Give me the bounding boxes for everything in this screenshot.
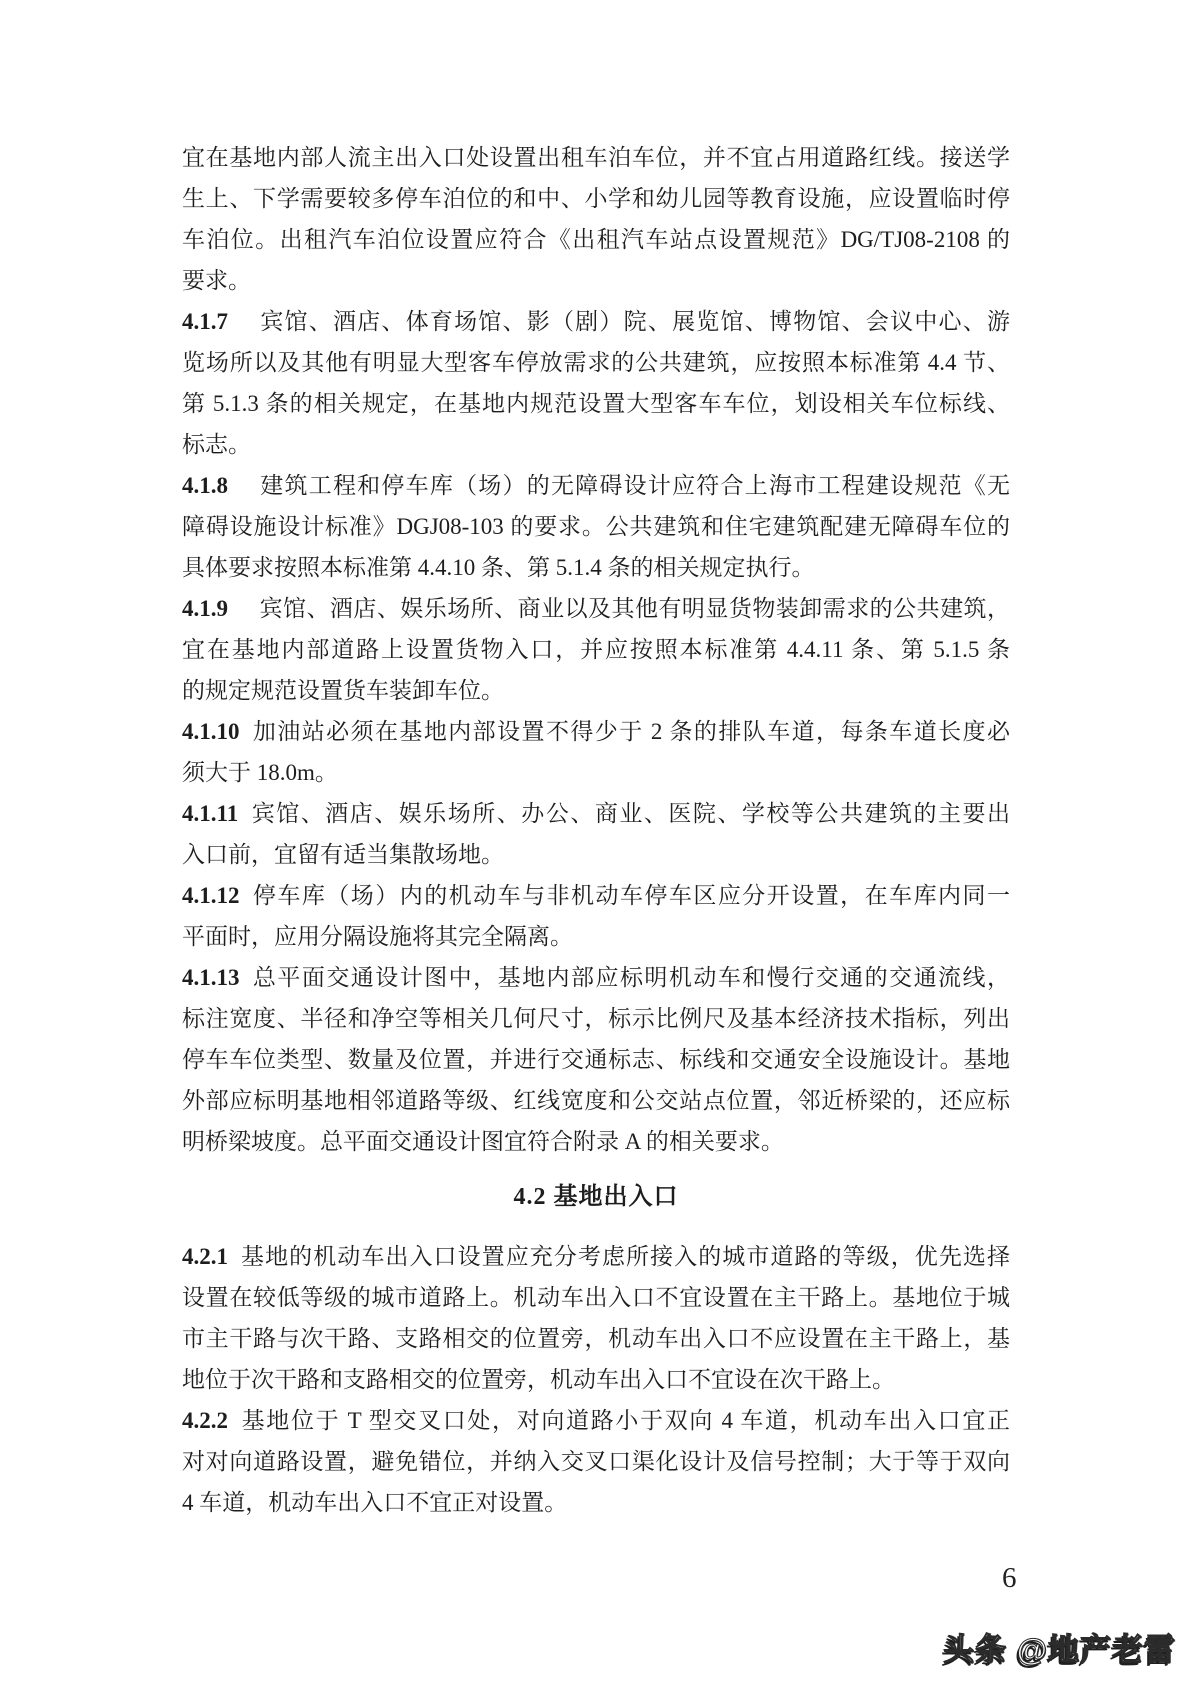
clause-4.1.13: 4.1.13总平面交通设计图中，基地内部应标明机动车和慢行交通的交通流线，标注宽… [182,957,1010,1162]
text-line: 设置在较低等级的城市道路上。机动车出入口不宜设置在主干路上。基地位于城 [182,1277,1010,1318]
clause-number: 4.1.12 [182,883,240,908]
clause-number: 4.1.7 [182,309,228,334]
document-body: 宜在基地内部人流主出入口处设置出租车泊车位，并不宜占用道路红线。接送学生上、下学… [182,137,1010,1523]
clause-4.2.2: 4.2.2基地位于 T 型交叉口处，对向道路小于双向 4 车道，机动车出入口宜正… [182,1400,1010,1523]
clause-number: 4.2.1 [182,1244,228,1269]
text-line: 4 车道，机动车出入口不宜正对设置。 [182,1482,1010,1523]
text-line: 要求。 [182,260,1010,301]
text-line: 平面时，应用分隔设施将其完全隔离。 [182,916,1010,957]
clause-4.2.1: 4.2.1基地的机动车出入口设置应充分考虑所接入的城市道路的等级，优先选择设置在… [182,1236,1010,1400]
text-line: 市主干路与次干路、支路相交的位置旁，机动车出入口不应设置在主干路上，基 [182,1318,1010,1359]
page-number: 6 [1002,1562,1017,1595]
text-line: 4.1.8建筑工程和停车库（场）的无障碍设计应符合上海市工程建设规范《无 [182,465,1010,506]
text-line: 地位于次干路和支路相交的位置旁，机动车出入口不宜设在次干路上。 [182,1359,1010,1400]
text-line: 4.1.10加油站必须在基地内部设置不得少于 2 条的排队车道，每条车道长度必 [182,711,1010,752]
clause-number: 4.1.10 [182,719,240,744]
clause-4.1.7: 4.1.7宾馆、酒店、体育场馆、影（剧）院、展览馆、博物馆、会议中心、游览场所以… [182,301,1010,465]
document-page: 宜在基地内部人流主出入口处设置出租车泊车位，并不宜占用道路红线。接送学生上、下学… [0,0,1200,1697]
text-line: 入口前，宜留有适当集散场地。 [182,834,1010,875]
text-line: 4.1.13总平面交通设计图中，基地内部应标明机动车和慢行交通的交通流线， [182,957,1010,998]
text-line: 具体要求按照本标准第 4.4.10 条、第 5.1.4 条的相关规定执行。 [182,547,1010,588]
text-line: 对对向道路设置，避免错位，并纳入交叉口渠化设计及信号控制；大于等于双向 [182,1441,1010,1482]
section-heading: 4.2 基地出入口 [182,1177,1010,1218]
text-line: 障碍设施设计标准》DGJ08-103 的要求。公共建筑和住宅建筑配建无障碍车位的 [182,506,1010,547]
clause-number: 4.1.13 [182,965,240,990]
text-line: 第 5.1.3 条的相关规定，在基地内规范设置大型客车车位，划设相关车位标线、 [182,383,1010,424]
text-line: 4.1.11宾馆、酒店、娱乐场所、办公、商业、医院、学校等公共建筑的主要出 [182,793,1010,834]
text-line: 的规定规范设置货车装卸车位。 [182,670,1010,711]
paragraph-continuation: 宜在基地内部人流主出入口处设置出租车泊车位，并不宜占用道路红线。接送学生上、下学… [182,137,1010,301]
clause-4.1.10: 4.1.10加油站必须在基地内部设置不得少于 2 条的排队车道，每条车道长度必须… [182,711,1010,793]
text-line: 宜在基地内部人流主出入口处设置出租车泊车位，并不宜占用道路红线。接送学 [182,137,1010,178]
text-line: 标注宽度、半径和净空等相关几何尺寸，标示比例尺及基本经济技术指标，列出 [182,998,1010,1039]
text-line: 外部应标明基地相邻道路等级、红线宽度和公交站点位置，邻近桥梁的，还应标 [182,1080,1010,1121]
clause-number: 4.2.2 [182,1408,228,1433]
clause-number: 4.1.8 [182,473,228,498]
text-line: 览场所以及其他有明显大型客车停放需求的公共建筑，应按照本标准第 4.4 节、 [182,342,1010,383]
clause-number: 4.1.11 [182,801,238,826]
text-line: 4.2.1基地的机动车出入口设置应充分考虑所接入的城市道路的等级，优先选择 [182,1236,1010,1277]
text-line: 停车车位类型、数量及位置，并进行交通标志、标线和交通安全设施设计。基地 [182,1039,1010,1080]
text-line: 车泊位。出租汽车泊位设置应符合《出租汽车站点设置规范》DG/TJ08-2108 … [182,219,1010,260]
text-line: 4.1.12停车库（场）内的机动车与非机动车停车区应分开设置，在车库内同一 [182,875,1010,916]
clause-number: 4.1.9 [182,596,228,621]
text-line: 标志。 [182,424,1010,465]
clause-4.1.12: 4.1.12停车库（场）内的机动车与非机动车停车区应分开设置，在车库内同一平面时… [182,875,1010,957]
clause-4.1.8: 4.1.8建筑工程和停车库（场）的无障碍设计应符合上海市工程建设规范《无障碍设施… [182,465,1010,588]
text-line: 4.2.2基地位于 T 型交叉口处，对向道路小于双向 4 车道，机动车出入口宜正 [182,1400,1010,1441]
text-line: 宜在基地内部道路上设置货物入口，并应按照本标准第 4.4.11 条、第 5.1.… [182,629,1010,670]
text-line: 明桥梁坡度。总平面交通设计图宜符合附录 A 的相关要求。 [182,1121,1010,1162]
text-line: 4.1.9宾馆、酒店、娱乐场所、商业以及其他有明显货物装卸需求的公共建筑， [182,588,1010,629]
text-line: 生上、下学需要较多停车泊位的和中、小学和幼儿园等教育设施，应设置临时停 [182,178,1010,219]
clause-4.1.11: 4.1.11宾馆、酒店、娱乐场所、办公、商业、医院、学校等公共建筑的主要出入口前… [182,793,1010,875]
text-line: 4.1.7宾馆、酒店、体育场馆、影（剧）院、展览馆、博物馆、会议中心、游 [182,301,1010,342]
clause-4.1.9: 4.1.9宾馆、酒店、娱乐场所、商业以及其他有明显货物装卸需求的公共建筑，宜在基… [182,588,1010,711]
watermark-text: 头条 @地产老雷 [943,1624,1176,1669]
text-line: 须大于 18.0m。 [182,752,1010,793]
